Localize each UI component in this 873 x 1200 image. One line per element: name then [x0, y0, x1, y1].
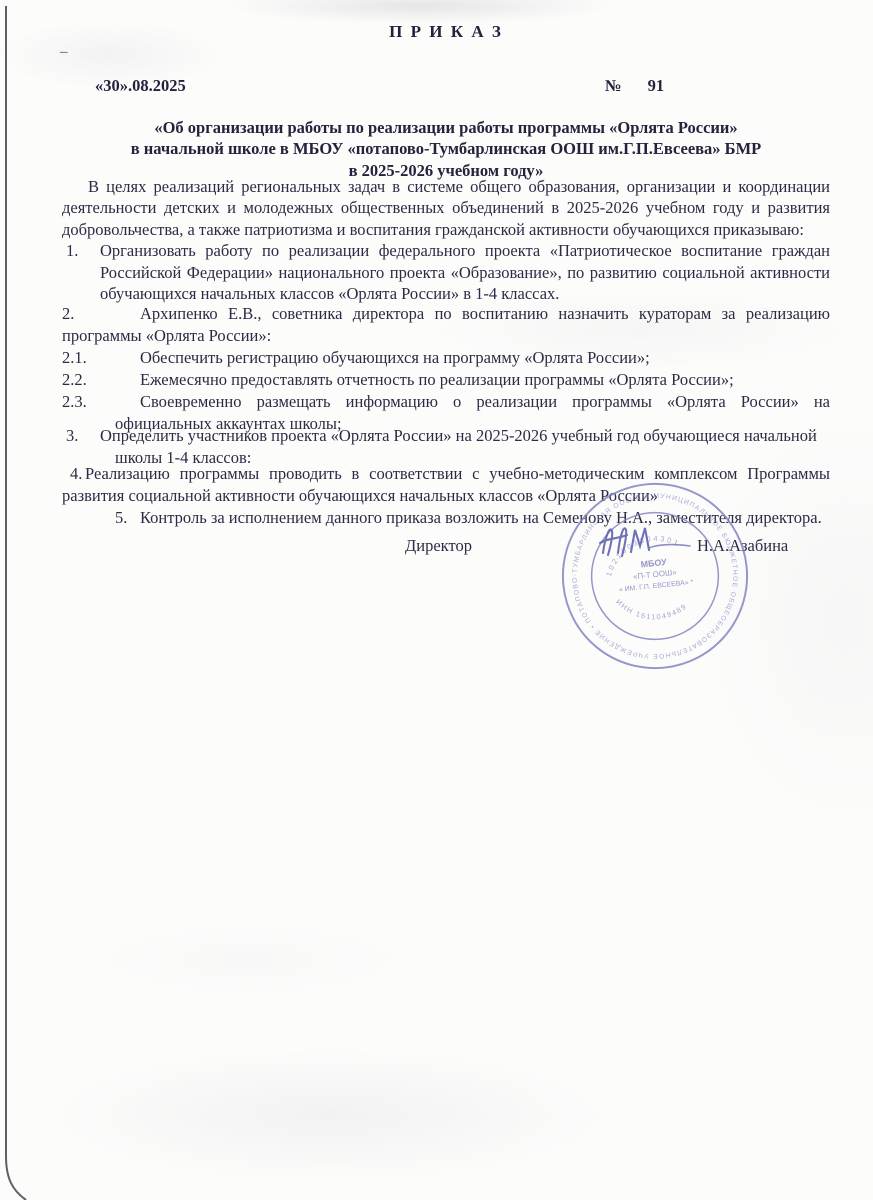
signature-position-label: Директор — [405, 536, 472, 556]
svg-text:ИНН 1611049489: ИНН 1611049489 — [614, 590, 690, 625]
stamp-inn-arc: ИНН 1611049489 — [614, 590, 690, 625]
stamp-center-line2: «П-Т ООШ» — [633, 568, 678, 582]
order-title: «Об организации работы по реализации раб… — [62, 117, 830, 181]
order-title-line1: «Об организации работы по реализации раб… — [62, 117, 830, 138]
order-number: №91 — [605, 76, 664, 96]
order-item-3: 3. Определить участников проекта «Орлята… — [62, 425, 830, 468]
item-number: 5. — [115, 507, 127, 529]
item-number: 2.1. — [62, 347, 87, 369]
item-number: 2.2. — [62, 369, 87, 391]
order-date: «30».08.2025 — [95, 76, 186, 96]
number-sign: № — [605, 76, 622, 95]
item-text: Обеспечить регистрацию обучающихся на пр… — [140, 347, 830, 369]
preamble-paragraph: В целях реализаций региональных задач в … — [62, 176, 830, 240]
stamp-center-line3: « ИМ. Г.П. ЕВСЕЕВА» * — [619, 579, 694, 594]
number-value: 91 — [648, 76, 665, 95]
item-number: 4. — [70, 463, 82, 485]
order-title-line2: в начальной школе в МБОУ «потапово-Тумба… — [62, 138, 830, 159]
item-text: Ежемесячно предоставлять отчетность по р… — [140, 369, 830, 391]
corner-dash-mark: – — [60, 44, 68, 61]
item-number: 1. — [66, 240, 78, 262]
order-item-1: 1. Организовать работу по реализации фед… — [62, 240, 830, 305]
item-number: 3. — [66, 425, 78, 447]
item-number: 2. — [62, 303, 74, 325]
doc-type-heading: П Р И К А З — [62, 22, 830, 42]
official-round-stamp: • МУНИЦИПАЛЬНОЕ БЮДЖЕТНОЕ ОБЩЕОБРАЗОВАТЕ… — [556, 477, 754, 675]
item-number: 2.3. — [62, 391, 87, 413]
order-item-2-1: 2.1. Обеспечить регистрацию обучающихся … — [62, 347, 830, 369]
item-text: Определить участников проекта «Орлята Ро… — [115, 425, 830, 468]
director-signature-scribble — [596, 518, 696, 564]
item-text: Организовать работу по реализации федера… — [100, 240, 830, 305]
order-item-2-2: 2.2. Ежемесячно предоставлять отчетность… — [62, 369, 830, 391]
item-text: Архипенко Е.В., советника директора по в… — [62, 303, 830, 346]
order-item-2: 2. Архипенко Е.В., советника директора п… — [62, 303, 830, 346]
scanned-order-document: П Р И К А З – «30».08.2025 №91 «Об орган… — [0, 0, 873, 1200]
